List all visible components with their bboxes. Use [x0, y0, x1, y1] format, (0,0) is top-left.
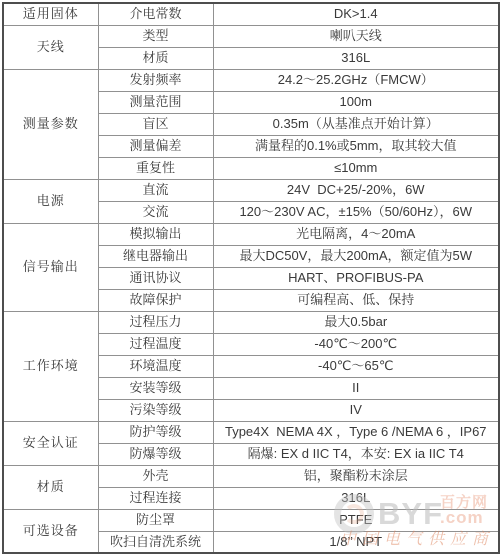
value-cell: IV — [213, 399, 499, 421]
value-cell: 可编程高、低、保持 — [213, 289, 499, 311]
value-cell: 24.2～25.2GHz（FMCW） — [213, 69, 499, 91]
value-cell: 最大0.5bar — [213, 311, 499, 333]
category-cell: 适用固体 — [3, 3, 98, 25]
value-cell: PTFE — [213, 509, 499, 531]
param-cell: 通讯协议 — [98, 267, 213, 289]
value-cell: -40℃～200℃ — [213, 333, 499, 355]
param-cell: 发射频率 — [98, 69, 213, 91]
value-cell: 隔爆: EX d IIC T4，本安: EX ia IIC T4 — [213, 443, 499, 465]
value-cell: 100m — [213, 91, 499, 113]
table-row: 适用固体介电常数DK>1.4 — [3, 3, 499, 25]
param-cell: 重复性 — [98, 157, 213, 179]
category-cell: 测量参数 — [3, 69, 98, 179]
value-cell: 316L — [213, 47, 499, 69]
category-cell: 可选设备 — [3, 509, 98, 553]
value-cell: II — [213, 377, 499, 399]
table-row: 可选设备防尘罩PTFE — [3, 509, 499, 531]
param-cell: 污染等级 — [98, 399, 213, 421]
spec-table: 适用固体介电常数DK>1.4天线类型喇叭天线材质316L测量参数发射频率24.2… — [2, 2, 500, 554]
value-cell: Type4X NEMA 4X ，Type 6 /NEMA 6 ，IP67 — [213, 421, 499, 443]
param-cell: 类型 — [98, 25, 213, 47]
param-cell: 防爆等级 — [98, 443, 213, 465]
value-cell: HART、PROFIBUS-PA — [213, 267, 499, 289]
value-cell: 24V DC+25/-20%，6W — [213, 179, 499, 201]
param-cell: 材质 — [98, 47, 213, 69]
param-cell: 过程压力 — [98, 311, 213, 333]
param-cell: 直流 — [98, 179, 213, 201]
table-row: 安全认证防护等级Type4X NEMA 4X ，Type 6 /NEMA 6 ，… — [3, 421, 499, 443]
value-cell: 120～230V AC，±15%（50/60Hz），6W — [213, 201, 499, 223]
param-cell: 安装等级 — [98, 377, 213, 399]
category-cell: 电源 — [3, 179, 98, 223]
value-cell: DK>1.4 — [213, 3, 499, 25]
value-cell: 满量程的0.1%或5mm，取其较大值 — [213, 135, 499, 157]
category-cell: 信号输出 — [3, 223, 98, 311]
value-cell: -40℃～65℃ — [213, 355, 499, 377]
param-cell: 测量范围 — [98, 91, 213, 113]
value-cell: 1/8’’ NPT — [213, 531, 499, 553]
param-cell: 环境温度 — [98, 355, 213, 377]
value-cell: 喇叭天线 — [213, 25, 499, 47]
value-cell: 光电隔离，4～20mA — [213, 223, 499, 245]
table-row: 电源直流24V DC+25/-20%，6W — [3, 179, 499, 201]
value-cell: 铝，聚酯粉末涂层 — [213, 465, 499, 487]
param-cell: 故障保护 — [98, 289, 213, 311]
category-cell: 安全认证 — [3, 421, 98, 465]
spec-table-body: 适用固体介电常数DK>1.4天线类型喇叭天线材质316L测量参数发射频率24.2… — [3, 3, 499, 553]
category-cell: 天线 — [3, 25, 98, 69]
param-cell: 交流 — [98, 201, 213, 223]
value-cell: ≤10mm — [213, 157, 499, 179]
table-row: 测量参数发射频率24.2～25.2GHz（FMCW） — [3, 69, 499, 91]
table-row: 工作环境过程压力最大0.5bar — [3, 311, 499, 333]
param-cell: 盲区 — [98, 113, 213, 135]
param-cell: 介电常数 — [98, 3, 213, 25]
param-cell: 继电器输出 — [98, 245, 213, 267]
param-cell: 模拟输出 — [98, 223, 213, 245]
table-row: 材质外壳铝，聚酯粉末涂层 — [3, 465, 499, 487]
value-cell: 最大DC50V，最大200mA，额定值为5W — [213, 245, 499, 267]
param-cell: 测量偏差 — [98, 135, 213, 157]
param-cell: 过程连接 — [98, 487, 213, 509]
param-cell: 过程温度 — [98, 333, 213, 355]
category-cell: 工作环境 — [3, 311, 98, 421]
param-cell: 外壳 — [98, 465, 213, 487]
value-cell: 0.35m（从基准点开始计算） — [213, 113, 499, 135]
table-row: 信号输出模拟输出光电隔离，4～20mA — [3, 223, 499, 245]
param-cell: 防尘罩 — [98, 509, 213, 531]
category-cell: 材质 — [3, 465, 98, 509]
value-cell: 316L — [213, 487, 499, 509]
param-cell: 防护等级 — [98, 421, 213, 443]
param-cell: 吹扫自清洗系统 — [98, 531, 213, 553]
table-row: 天线类型喇叭天线 — [3, 25, 499, 47]
